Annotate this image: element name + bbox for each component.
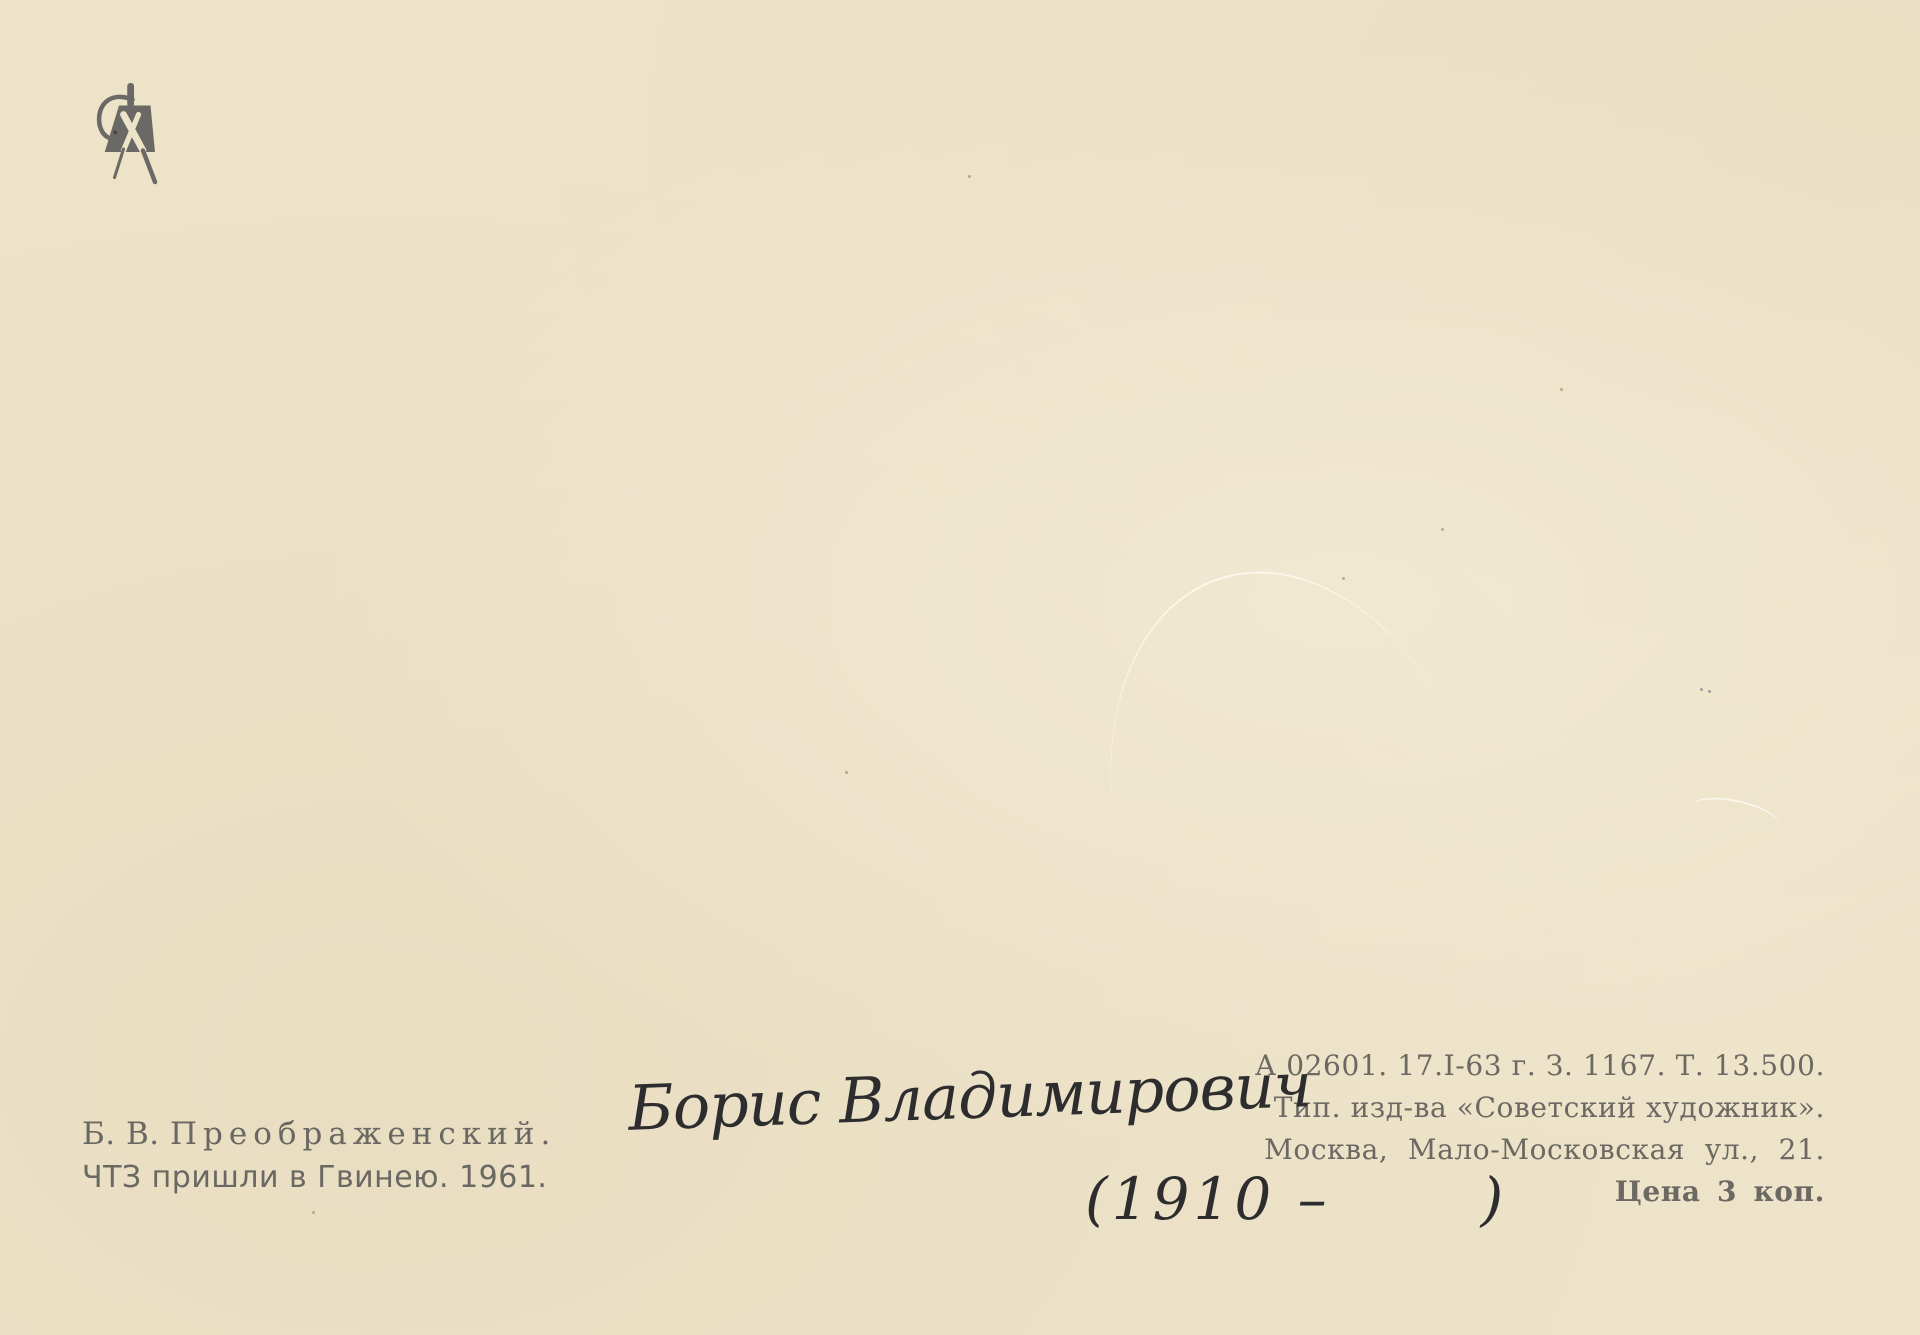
author-line: Б. В. Преображенский. [82,1112,556,1156]
paper-speck [1560,388,1563,391]
artwork-title-line: ЧТЗ пришли в Гвинею. 1961. [82,1156,556,1200]
artwork-title: ЧТЗ пришли в Гвинею. [82,1160,449,1195]
paper-crease [1688,791,1783,841]
artwork-year: 1961. [459,1160,547,1195]
paper-speck [845,771,848,774]
ink-stain [1708,690,1711,693]
handwritten-life-dates: (1910 –) [1085,1165,1507,1233]
paper-speck [1441,528,1444,531]
handwritten-full-name: Борис Владимирович [627,1048,1312,1145]
paper-speck [1342,577,1345,580]
ink-stain [1700,688,1703,691]
author-surname: Преображенский. [170,1116,556,1152]
paper-speck [968,175,971,178]
postcard-back: Б. В. Преображенский. ЧТЗ пришли в Гвине… [0,0,1920,1335]
handwritten-birth-year: (1910 – [1085,1165,1331,1233]
handwritten-close-paren: ) [1481,1165,1508,1233]
paper-speck [312,1211,315,1214]
publisher-monogram-sx-easel-icon [80,58,170,198]
imprint-printer-line: Тип. изд-ва «Советский художник». [1255,1087,1825,1129]
author-initials: Б. В. [82,1116,160,1152]
paper-crease [1048,522,1552,1130]
imprint-order-line: А 02601. 17.I-63 г. З. 1167. Т. 13.500. [1255,1045,1825,1087]
artwork-caption: Б. В. Преображенский. ЧТЗ пришли в Гвине… [82,1112,556,1200]
